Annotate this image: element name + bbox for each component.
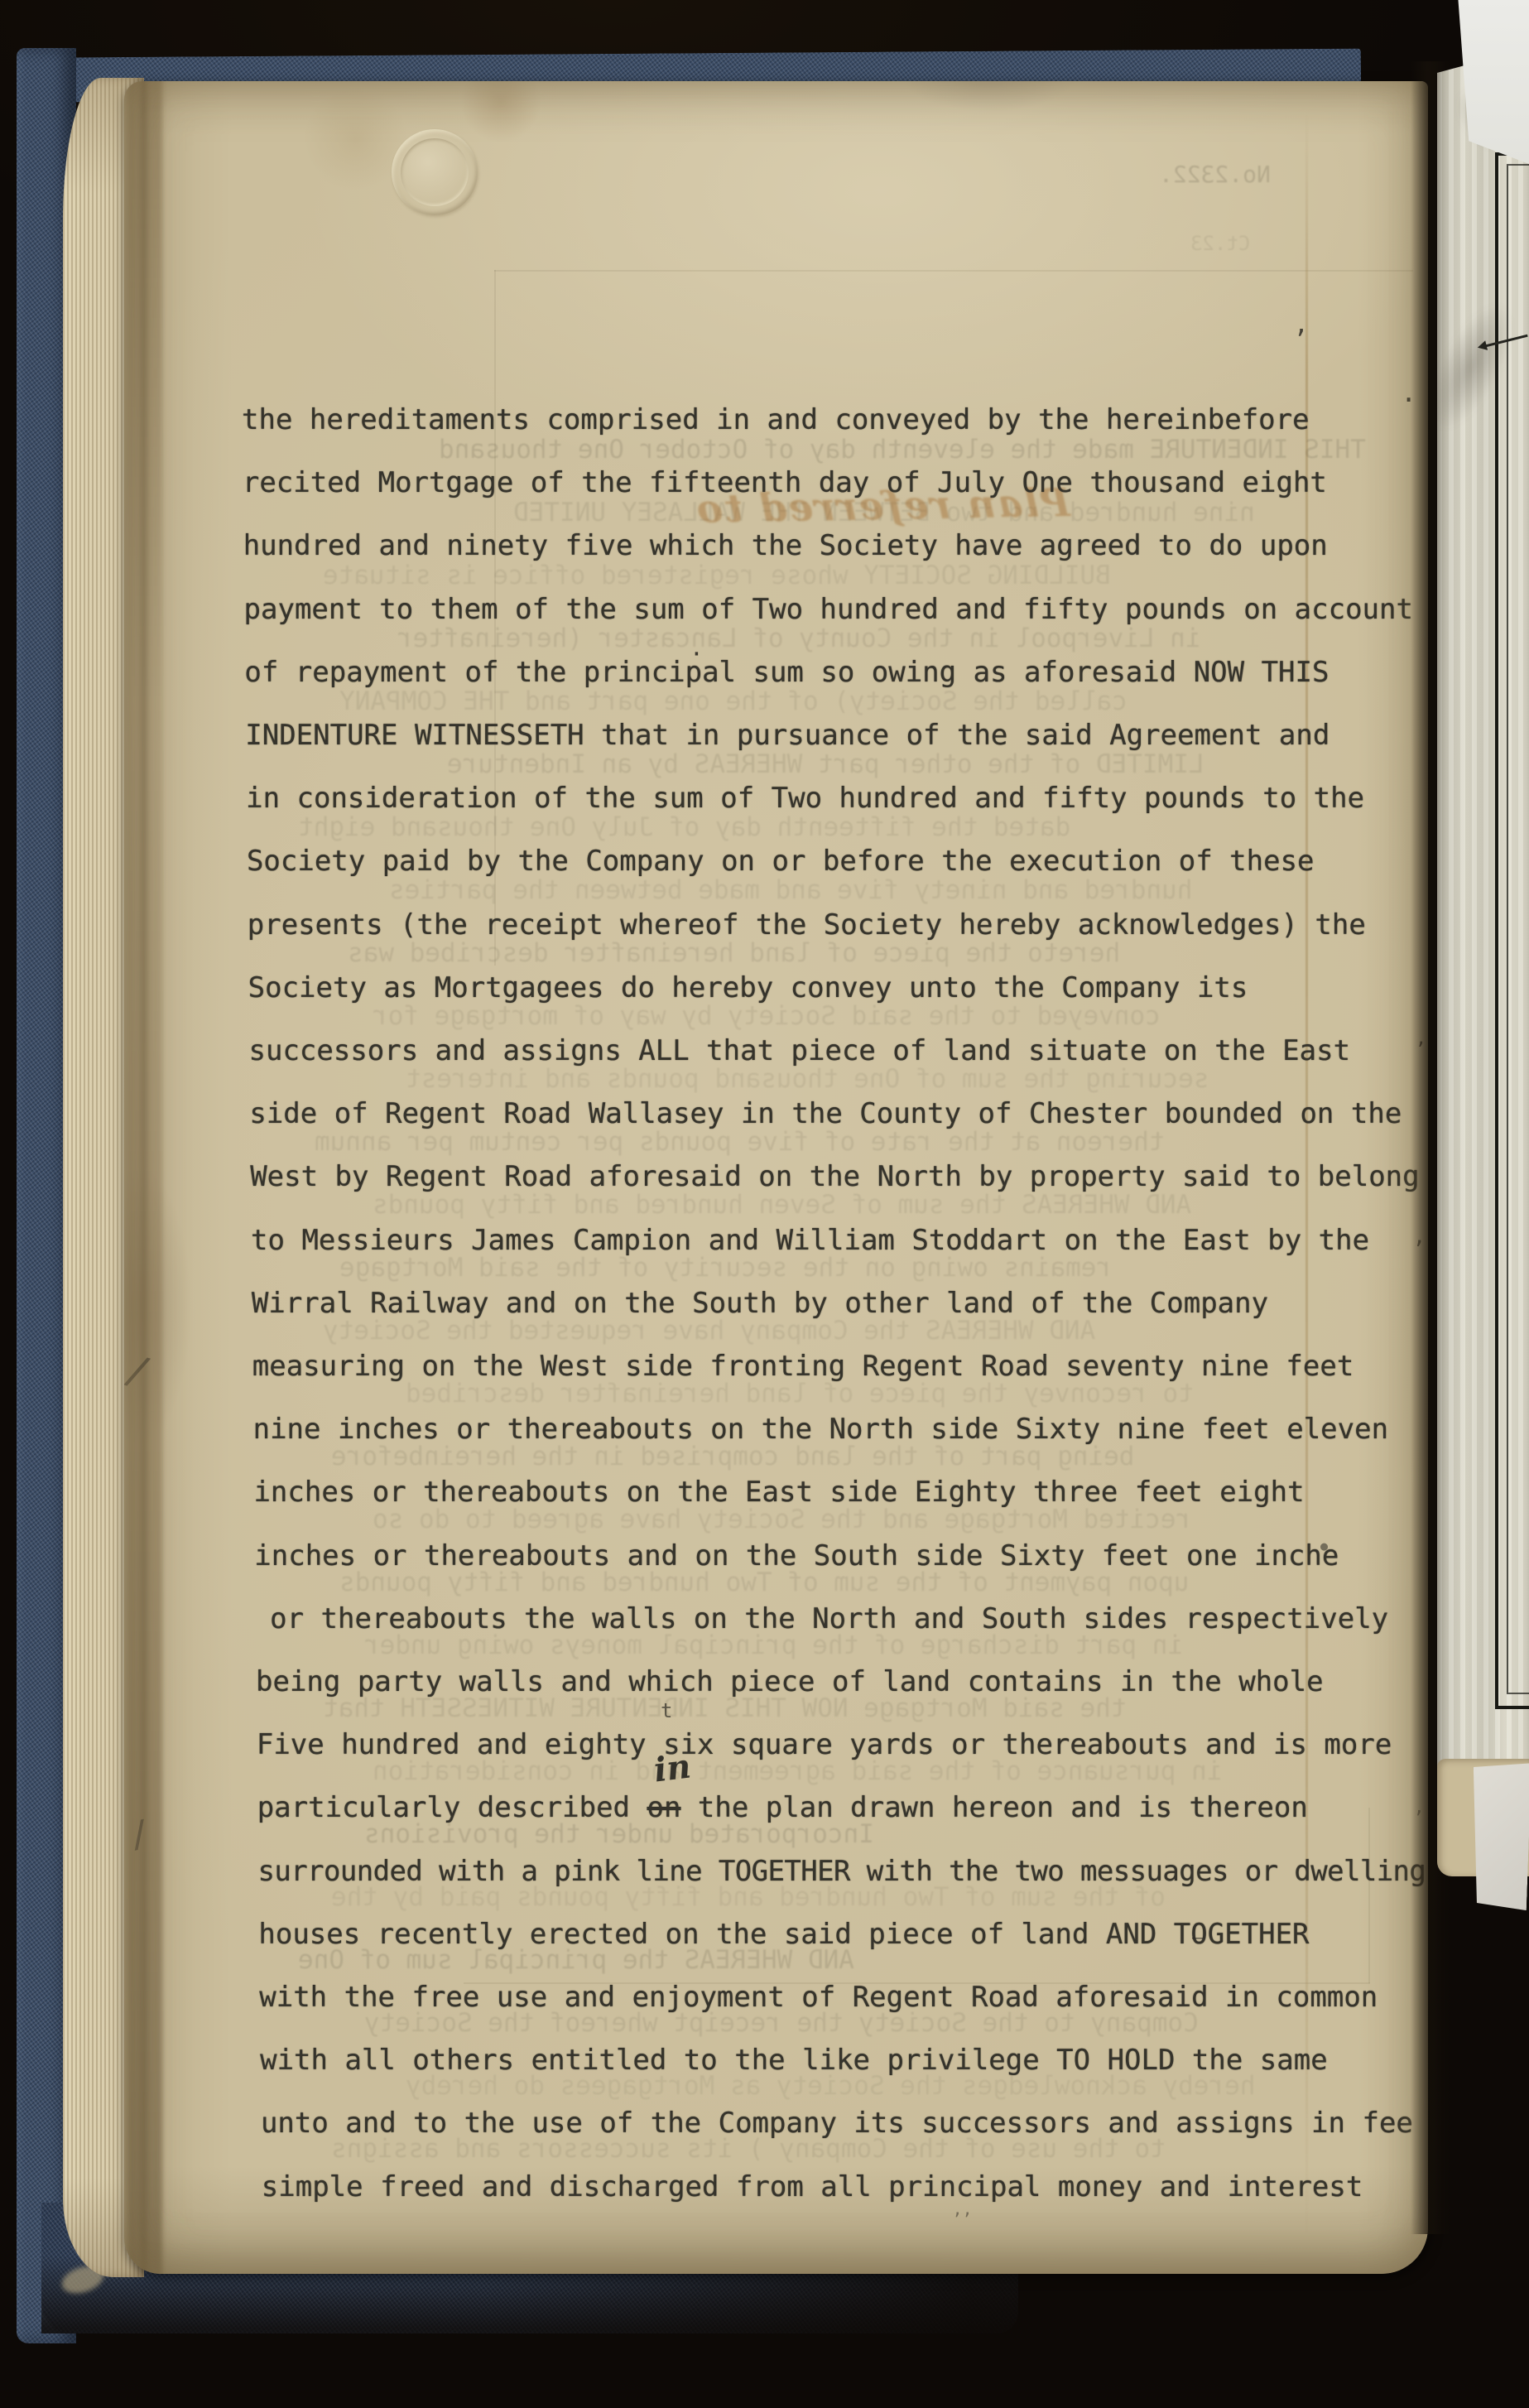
deed-page: No.2322.Ct.23THIS INDENTURE made the ele… — [124, 81, 1428, 2274]
ink-mark: · — [690, 643, 704, 666]
adjacent-plan-page — [1437, 48, 1529, 1770]
marks-layer: ’.·‚’∕●t’∕–’’ — [124, 81, 1428, 2274]
ink-mark: ∕ — [125, 1815, 154, 1854]
ink-mark: ● — [1320, 1540, 1328, 1553]
ink-mark: – — [1192, 1929, 1203, 1948]
ink-mark: ∕ — [124, 1349, 155, 1394]
ink-mark: t — [661, 1701, 672, 1721]
ink-mark: ’’ — [952, 2211, 972, 2227]
scanned-book-spread: No.2322.Ct.23THIS INDENTURE made the ele… — [0, 0, 1529, 2408]
plan-border-inner — [1507, 164, 1529, 1694]
loose-sheet-bottom-right — [1469, 1761, 1529, 1910]
ink-mark: ’ — [1293, 328, 1308, 353]
